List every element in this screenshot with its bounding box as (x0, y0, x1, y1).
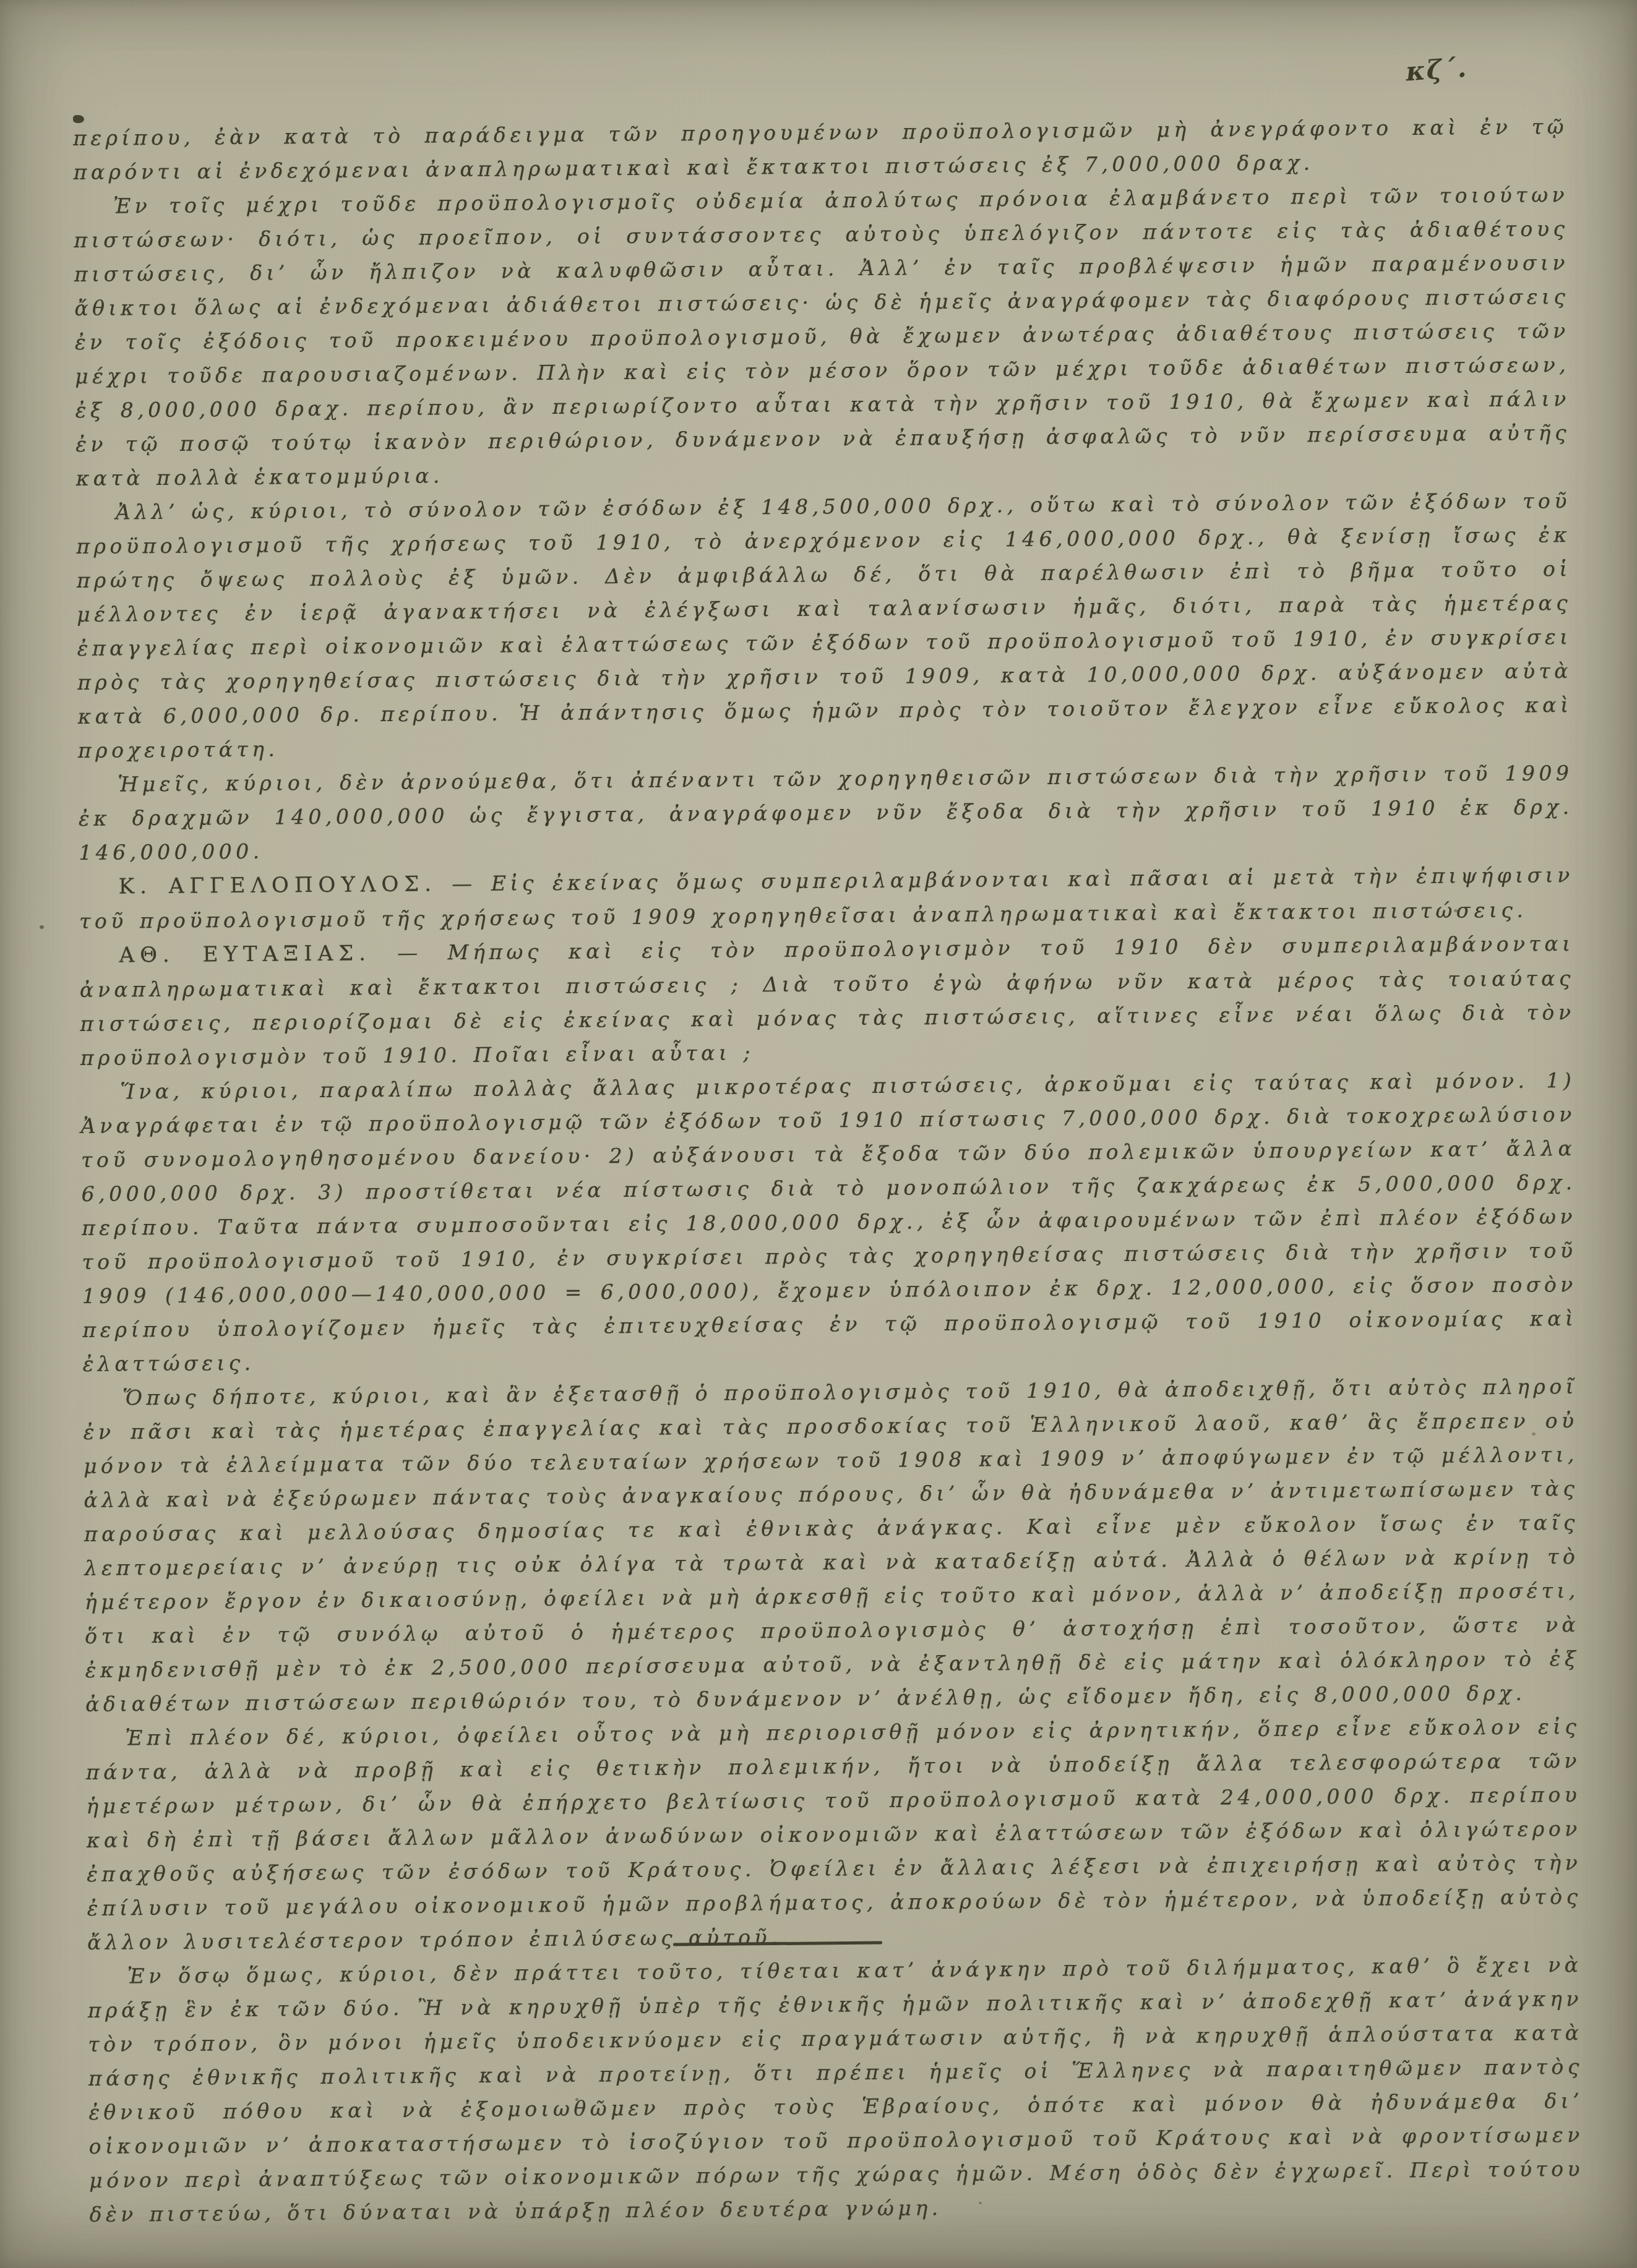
document-text-block: περίπου, ἐὰν κατὰ τὸ παράδειγμα τῶν προη… (73, 109, 1584, 2232)
paragraph: Ἐν τοῖς μέχρι τοῦδε προϋπολογισμοῖς οὐδε… (74, 178, 1571, 495)
paragraph: Ἀλλ’ ὡς, κύριοι, τὸ σύνολον τῶν ἐσόδων ἐ… (76, 484, 1573, 768)
paragraph-speech: ΑΘ. ΕΥΤΑΞΙΑΣ. — Μήπως καὶ εἰς τὸν προϋπο… (79, 926, 1575, 1075)
paragraph: Ὅπως δήποτε, κύριοι, καὶ ἂν ἐξετασθῇ ὁ π… (83, 1369, 1580, 1721)
paragraph: Ἐπὶ πλέον δέ, κύριοι, ὀφείλει οὗτος νὰ μ… (85, 1710, 1582, 1959)
folio-page-number: κζ΄. (1404, 53, 1468, 87)
paragraph: Ἵνα, κύριοι, παραλίπω πολλὰς ἄλλας μικρο… (80, 1063, 1578, 1381)
paragraph: Ἡμεῖς, κύριοι, δὲν ἀρνούμεθα, ὅτι ἀπέναν… (78, 756, 1573, 870)
speaker-name: Κ. ΑΓΓΕΛΟΠΟΥΛΟΣ. (119, 871, 437, 899)
speaker-name: ΑΘ. ΕΥΤΑΞΙΑΣ. (119, 941, 371, 967)
paper-speck (40, 925, 44, 929)
paragraph-continuation: περίπου, ἐὰν κατὰ τὸ παράδειγμα τῶν προη… (73, 109, 1568, 189)
paragraph: Ἐν ὅσῳ ὅμως, κύριοι, δὲν πράττει τοῦτο, … (87, 1948, 1584, 2232)
scanned-document-page: κζ΄. περίπου, ἐὰν κατὰ τὸ παράδειγμα τῶν… (0, 0, 1637, 2268)
paragraph-speech: Κ. ΑΓΓΕΛΟΠΟΥΛΟΣ. — Εἰς ἐκείνας ὅμως συμπ… (79, 858, 1575, 938)
